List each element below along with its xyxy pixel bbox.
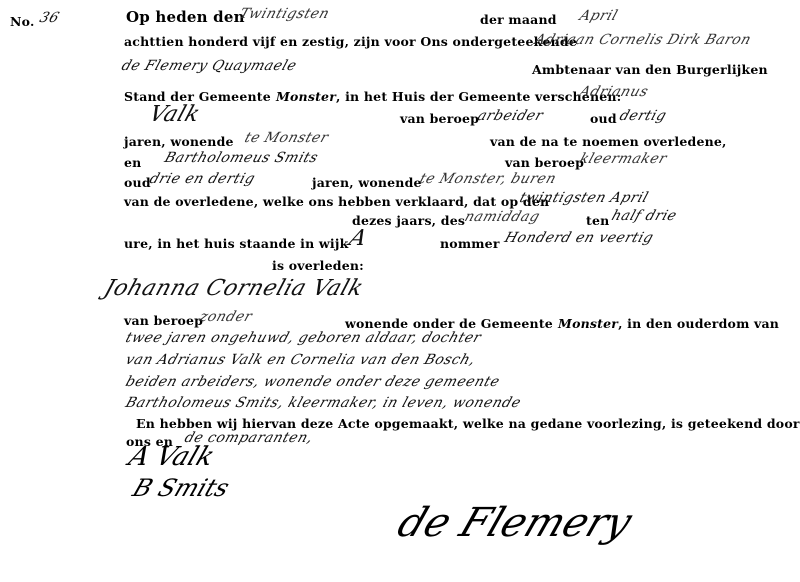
hand-day: Twintigsten xyxy=(237,6,331,22)
printed-ten: ten xyxy=(586,213,609,228)
hand-officer-2: de Flemery Quaymaele xyxy=(119,58,298,74)
hand-month: April xyxy=(577,8,619,24)
printed-van-beroep-3: van beroep xyxy=(124,313,203,328)
hand-time-hour: half drie xyxy=(609,208,679,224)
hand-officer-1: Adriaan Cornelis Dirk Baron xyxy=(532,32,753,48)
hand-witness-1-occupation: arbeider xyxy=(475,108,545,124)
printed-jaren-wonende-1: jaren, wonende xyxy=(124,134,234,149)
printed-oud-2: oud xyxy=(124,175,151,190)
printed-municipality-2: Monster xyxy=(558,316,618,331)
hand-death-date: twintigsten April xyxy=(517,190,650,206)
printed-der-maand: der maand xyxy=(480,12,557,27)
hand-body-line-4: Bartholomeus Smits, kleermaker, in leven… xyxy=(123,395,523,411)
hand-body-line-1: twee jaren ongehuwd, geboren aldaar, doc… xyxy=(123,330,483,346)
hand-deceased-name: Johanna Cornelia Valk xyxy=(101,276,367,301)
hand-witness-2-age: drie en dertig xyxy=(147,171,257,187)
printed-is-overleden: is overleden: xyxy=(272,258,364,273)
printed-closing-statement: En hebben wij hiervan deze Acte opgemaak… xyxy=(136,416,800,431)
printed-jaren-wonende-2: jaren, wonende xyxy=(312,175,422,190)
printed-oud-1: oud xyxy=(590,111,617,126)
printed-van-beroep-1: van beroep xyxy=(400,111,479,126)
hand-deceased-occupation: zonder xyxy=(197,309,254,325)
hand-body-line-3: beiden arbeiders, wonende onder deze gem… xyxy=(123,374,502,390)
printed-van-beroep-2: van beroep xyxy=(505,155,584,170)
signature-witness-1: A Valk xyxy=(125,442,219,472)
printed-huis-staande-wijk: ure, in het huis staande in wijk xyxy=(124,236,348,251)
printed-wonende-onder: wonende onder de Gemeente xyxy=(345,316,553,331)
hand-witness-1-a: Adrianus xyxy=(577,84,650,100)
printed-municipality: Monster xyxy=(276,89,336,104)
hand-witness-2: Bartholomeus Smits xyxy=(162,150,320,166)
hand-body-line-2: van Adrianus Valk en Cornelia van den Bo… xyxy=(123,352,477,368)
printed-year-line: achttien honderd vijf en zestig, zijn vo… xyxy=(124,34,577,49)
hand-witness-2-occupation: kleermaker xyxy=(577,151,669,167)
hand-witness-1-residence: te Monster xyxy=(242,130,330,146)
printed-nommer: nommer xyxy=(440,236,500,251)
signature-witness-2: B Smits xyxy=(129,474,233,502)
printed-ouderdom: , in den ouderdom van xyxy=(618,316,779,331)
printed-na-te-noemen: van de na te noemen overledene, xyxy=(490,134,727,149)
certificate-number-label: No. xyxy=(10,14,35,29)
hand-house-number: Honderd en veertig xyxy=(502,230,655,246)
signature-officer: de Flemery xyxy=(392,500,638,546)
printed-op-heden-den: Op heden den xyxy=(126,8,245,26)
printed-ambtenaar: Ambtenaar van den Burgerlijken xyxy=(532,62,768,77)
hand-witness-2-residence: te Monster, buren xyxy=(417,171,558,187)
hand-witness-1-b: Valk xyxy=(146,102,203,127)
hand-witness-1-age: dertig xyxy=(617,108,668,124)
certificate-number-value: 36 xyxy=(37,10,61,26)
printed-en: en xyxy=(124,155,141,170)
hand-time-of-day: namiddag xyxy=(462,209,542,225)
printed-verklaard: van de overledene, welke ons hebben verk… xyxy=(124,194,549,209)
hand-wijk: A xyxy=(346,226,371,251)
